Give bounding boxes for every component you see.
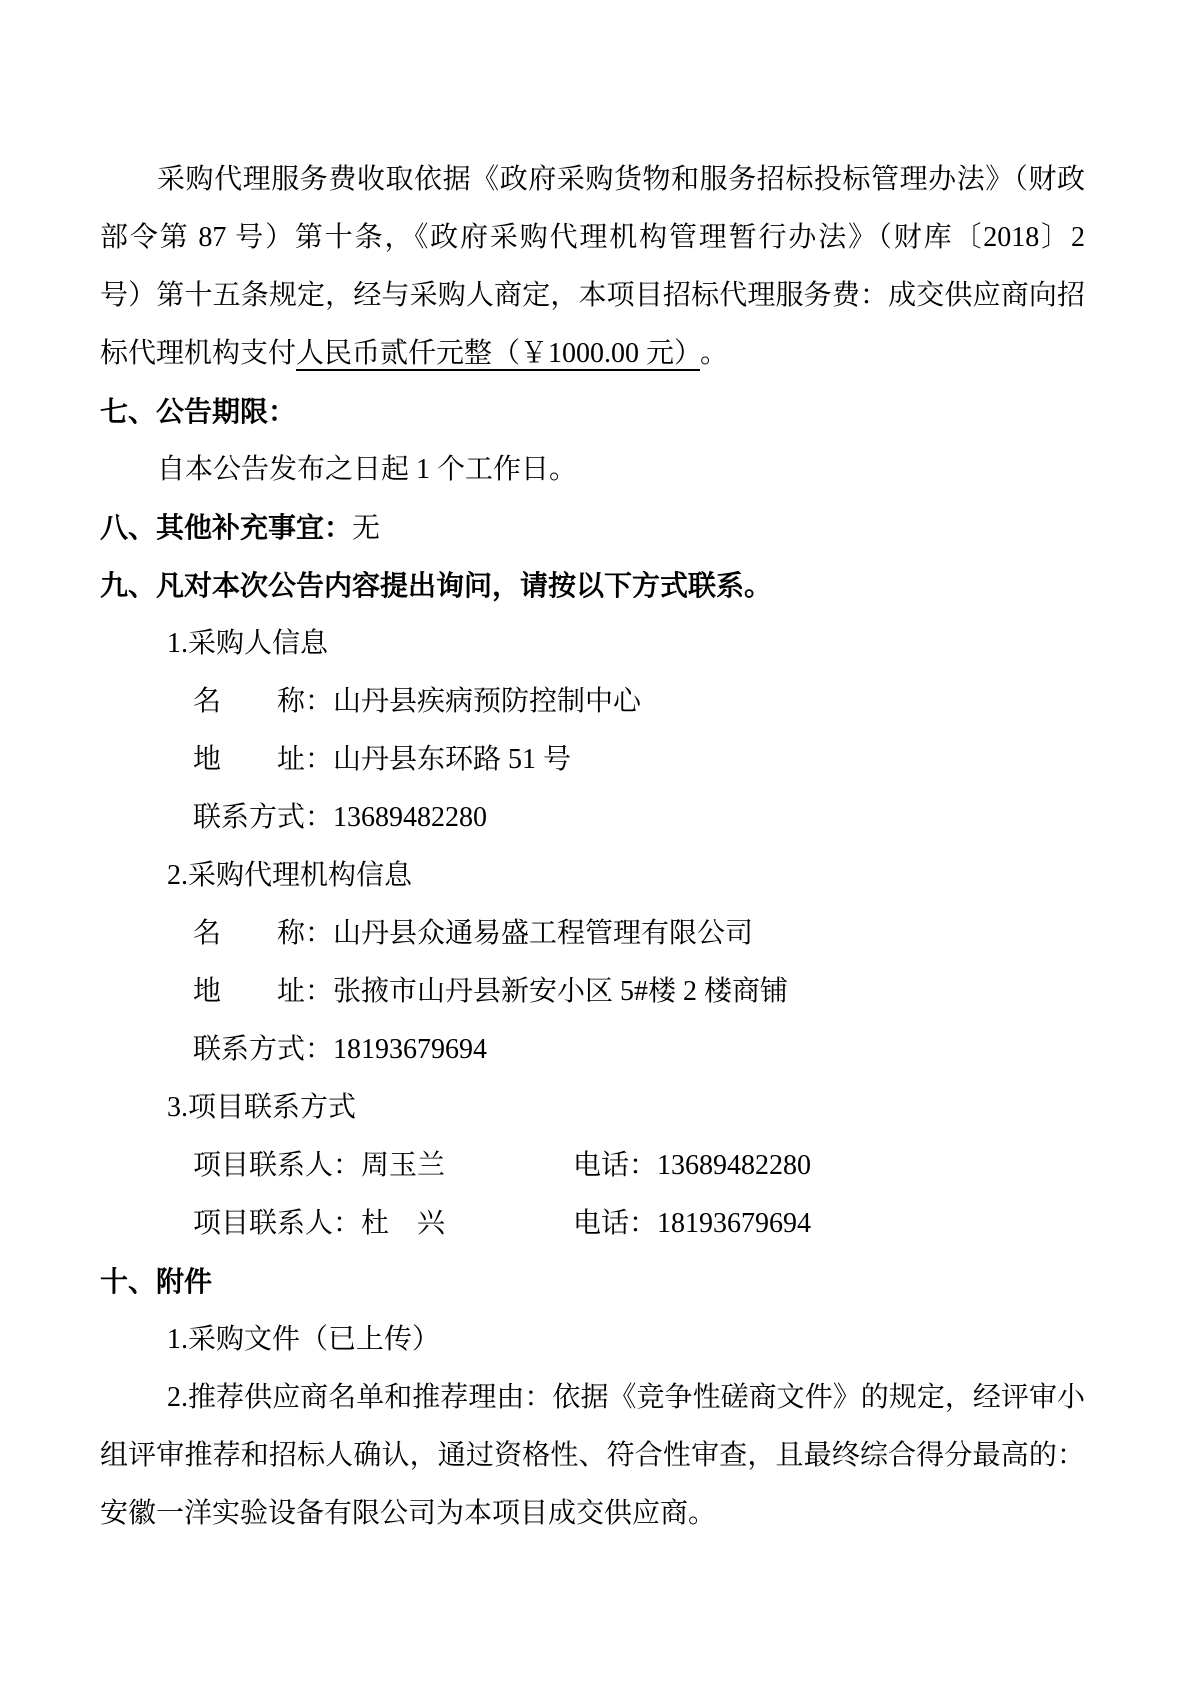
document-page: 采购代理服务费收取依据《政府采购货物和服务招标投标管理办法》（财政 部令第 87… <box>0 0 1191 1684</box>
project-phone2-value: 18193679694 <box>657 1208 811 1239</box>
fee-amount-underlined: 人民币贰仟元整（￥1000.00 元） <box>296 338 700 371</box>
project-phone2-label: 电话： <box>573 1208 657 1239</box>
project-contact2-name: 杜 兴 <box>361 1208 445 1239</box>
agency-address-label: 地 址： <box>193 976 333 1007</box>
document-body: 采购代理服务费收取依据《政府采购货物和服务招标投标管理办法》（财政 部令第 87… <box>100 151 1085 1543</box>
purchaser-address-row: 地 址：山丹县东环路 51 号 <box>193 731 1085 789</box>
project-contact1-label: 项目联系人： <box>193 1150 361 1181</box>
agency-address-value: 张掖市山丹县新安小区 5#楼 2 楼商铺 <box>333 976 788 1007</box>
section-9-heading: 九、凡对本次公告内容提出询问，请按以下方式联系。 <box>100 557 1085 615</box>
agency-contact-label: 联系方式： <box>193 1034 333 1065</box>
section-7-body: 自本公告发布之日起 1 个工作日。 <box>100 441 1085 499</box>
project-contact1-label-name: 项目联系人：周玉兰 <box>193 1137 445 1195</box>
purchaser-contact-label: 联系方式： <box>193 802 333 833</box>
agency-contact-row: 联系方式：18193679694 <box>193 1021 1085 1079</box>
fee-paragraph-line-1: 采购代理服务费收取依据《政府采购货物和服务招标投标管理办法》（财政 <box>100 151 1085 209</box>
agency-name-row: 名 称：山丹县众通易盛工程管理有限公司 <box>193 905 1085 963</box>
fee-line4-suffix: 。 <box>700 338 728 369</box>
purchaser-contact-row: 联系方式：13689482280 <box>193 789 1085 847</box>
agency-contact-value: 18193679694 <box>333 1034 487 1065</box>
project-phone1-value: 13689482280 <box>657 1150 811 1181</box>
section-8-value: 无 <box>352 513 380 544</box>
section-10-heading: 十、附件 <box>100 1253 1085 1311</box>
project-contact-title: 3.项目联系方式 <box>167 1079 1085 1137</box>
project-contact-row-2: 项目联系人：杜 兴电话：18193679694 <box>100 1195 1085 1253</box>
purchaser-address-label: 地 址： <box>193 744 333 775</box>
project-contact2-label-name: 项目联系人：杜 兴 <box>193 1195 445 1253</box>
section-8-heading: 八、其他补充事宜： <box>100 512 352 543</box>
fee-line4-prefix: 标代理机构支付 <box>100 338 296 369</box>
agency-address-row: 地 址：张掖市山丹县新安小区 5#楼 2 楼商铺 <box>193 963 1085 1021</box>
purchaser-info-title: 1.采购人信息 <box>167 615 1085 673</box>
project-phone1-label: 电话： <box>573 1150 657 1181</box>
project-contact2-label: 项目联系人： <box>193 1208 361 1239</box>
project-phone-2: 电话：18193679694 <box>573 1195 811 1253</box>
fee-paragraph-line-3: 号）第十五条规定，经与采购人商定，本项目招标代理服务费：成交供应商向招 <box>100 267 1085 325</box>
fee-paragraph-line-2: 部令第 87 号）第十条，《政府采购代理机构管理暂行办法》（财库〔2018〕2 <box>100 209 1085 267</box>
project-phone-1: 电话：13689482280 <box>573 1137 811 1195</box>
agency-info-title: 2.采购代理机构信息 <box>167 847 1085 905</box>
section-7-heading: 七、公告期限： <box>100 383 1085 441</box>
purchaser-contact-value: 13689482280 <box>333 802 487 833</box>
attachment-item-2-line-1: 2.推荐供应商名单和推荐理由：依据《竞争性磋商文件》的规定，经评审小 <box>100 1369 1085 1427</box>
project-contact-row-1: 项目联系人：周玉兰电话：13689482280 <box>100 1137 1085 1195</box>
attachment-item-2-line-2: 组评审推荐和招标人确认，通过资格性、符合性审查，且最终综合得分最高的： <box>100 1427 1085 1485</box>
attachment-item-1: 1.采购文件（已上传） <box>167 1311 1085 1369</box>
purchaser-name-label: 名 称： <box>193 686 333 717</box>
purchaser-address-value: 山丹县东环路 51 号 <box>333 744 571 775</box>
fee-paragraph-line-4: 标代理机构支付人民币贰仟元整（￥1000.00 元）。 <box>100 325 1085 383</box>
agency-name-label: 名 称： <box>193 918 333 949</box>
section-8-row: 八、其他补充事宜：无 <box>100 499 1085 557</box>
attachment-item-2-line-3: 安徽一洋实验设备有限公司为本项目成交供应商。 <box>100 1485 1085 1543</box>
project-contact1-name: 周玉兰 <box>361 1150 445 1181</box>
purchaser-name-row: 名 称：山丹县疾病预防控制中心 <box>193 673 1085 731</box>
purchaser-name-value: 山丹县疾病预防控制中心 <box>333 686 641 717</box>
agency-name-value: 山丹县众通易盛工程管理有限公司 <box>333 918 753 949</box>
